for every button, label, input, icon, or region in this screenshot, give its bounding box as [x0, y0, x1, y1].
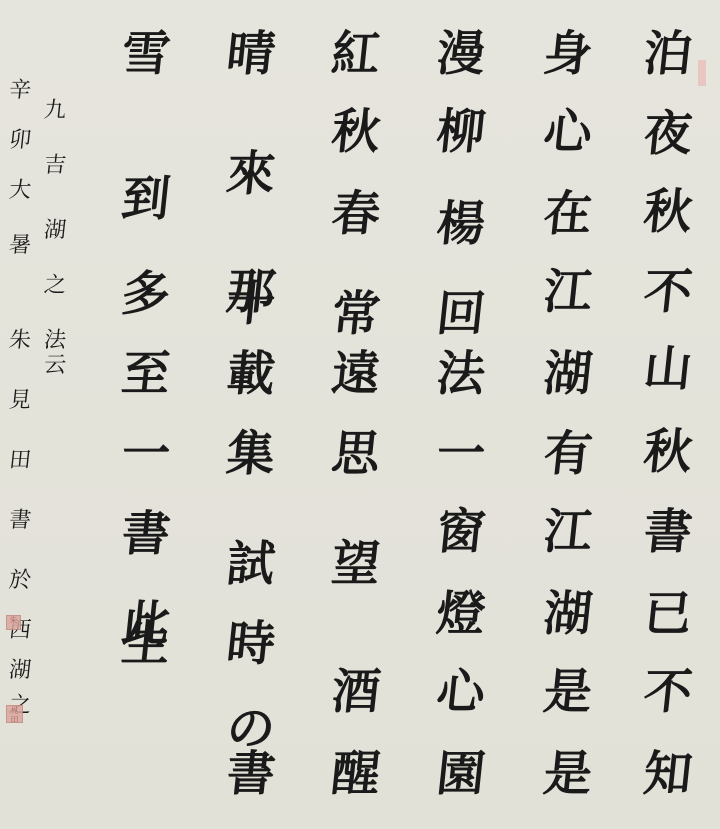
calligraphy-character: 多 — [107, 270, 182, 318]
leading-seal — [698, 60, 706, 86]
calligraphy-character: 常 — [317, 290, 392, 338]
inscription-character: 辛 — [4, 80, 36, 102]
calligraphy-character: 法 — [422, 350, 497, 398]
inscription-character: 云 — [39, 355, 71, 377]
studio-seal: 見田 — [6, 705, 23, 723]
calligraphy-character: 已 — [629, 590, 704, 638]
calligraphy-character: 窗 — [422, 508, 497, 556]
calligraphy-character: 楊 — [422, 200, 497, 248]
calligraphy-character: 江 — [529, 268, 604, 316]
calligraphy-character: 江 — [529, 508, 604, 556]
calligraphy-character: 身 — [529, 30, 604, 78]
calligraphy-character: 燈 — [422, 590, 497, 638]
calligraphy-character: 心 — [422, 668, 497, 716]
calligraphy-character: 雪 — [107, 30, 182, 78]
calligraphy-character: 知 — [629, 750, 704, 798]
calligraphy-character: 秋 — [317, 108, 392, 156]
calligraphy-character: 生 — [107, 620, 182, 668]
calligraphy-character: 書 — [629, 508, 704, 556]
calligraphy-character: 春 — [317, 190, 392, 238]
calligraphy-character: 心 — [529, 108, 604, 156]
inscription-character: 田 — [4, 450, 36, 472]
inscription-character: 於 — [4, 570, 36, 592]
calligraphy-character: 載 — [212, 350, 287, 398]
inscription-character: 法 — [39, 330, 71, 352]
calligraphy-character: 紅 — [317, 30, 392, 78]
calligraphy-character: 到 — [107, 175, 182, 223]
calligraphy-character: 十 — [212, 280, 287, 328]
calligraphy-character: 一 — [107, 430, 182, 478]
calligraphy-character: 漫 — [422, 30, 497, 78]
calligraphy-character: 是 — [529, 750, 604, 798]
calligraphy-character: 晴 — [212, 30, 287, 78]
calligraphy-character: 思 — [317, 430, 392, 478]
calligraphy-character: 回 — [422, 290, 497, 338]
calligraphy-character: 書 — [107, 510, 182, 558]
calligraphy-character: 不 — [629, 268, 704, 316]
calligraphy-character: 湖 — [529, 350, 604, 398]
inscription-character: 之 — [39, 275, 71, 297]
inscription-character: 見 — [4, 390, 36, 412]
calligraphy-character: 書 — [212, 750, 287, 798]
calligraphy-character: 山 — [629, 345, 704, 393]
inscription-character: 湖 — [4, 660, 36, 682]
calligraphy-character: 集 — [212, 430, 287, 478]
calligraphy-character: 在 — [529, 190, 604, 238]
calligraphy-character: 不 — [629, 668, 704, 716]
inscription-character: 吉 — [39, 155, 71, 177]
calligraphy-character: 來 — [212, 150, 287, 198]
calligraphy-character: 醒 — [317, 750, 392, 798]
inscription-character: 朱 — [4, 330, 36, 352]
inscription-character: 暑 — [4, 235, 36, 257]
inscription-character: 大 — [4, 180, 36, 202]
inscription-character: 湖 — [39, 220, 71, 242]
inscription-character: 書 — [4, 510, 36, 532]
inscription-character: 九 — [39, 100, 71, 122]
calligraphy-character: 至 — [107, 350, 182, 398]
calligraphy-character: 秋 — [629, 428, 704, 476]
calligraphy-character: 柳 — [422, 108, 497, 156]
seal-text: 見田 — [7, 706, 22, 724]
seal-text: 朱 — [7, 616, 20, 625]
calligraphy-character: 試 — [212, 540, 287, 588]
calligraphy-character: 夜 — [629, 110, 704, 158]
calligraphy-character: 有 — [529, 430, 604, 478]
calligraphy-character: 時 — [212, 620, 287, 668]
calligraphy-character: 是 — [529, 668, 604, 716]
calligraphy-character: 秋 — [629, 188, 704, 236]
inscription-character: 卯 — [4, 130, 36, 152]
calligraphy-character: 酒 — [317, 668, 392, 716]
name-seal: 朱 — [6, 615, 21, 630]
calligraphy-character: 一 — [422, 430, 497, 478]
calligraphy-character: 望 — [317, 540, 392, 588]
calligraphy-character: 遠 — [317, 350, 392, 398]
calligraphy-character: 泊 — [629, 30, 704, 78]
calligraphy-character: 湖 — [529, 590, 604, 638]
calligraphy-character: 園 — [422, 750, 497, 798]
